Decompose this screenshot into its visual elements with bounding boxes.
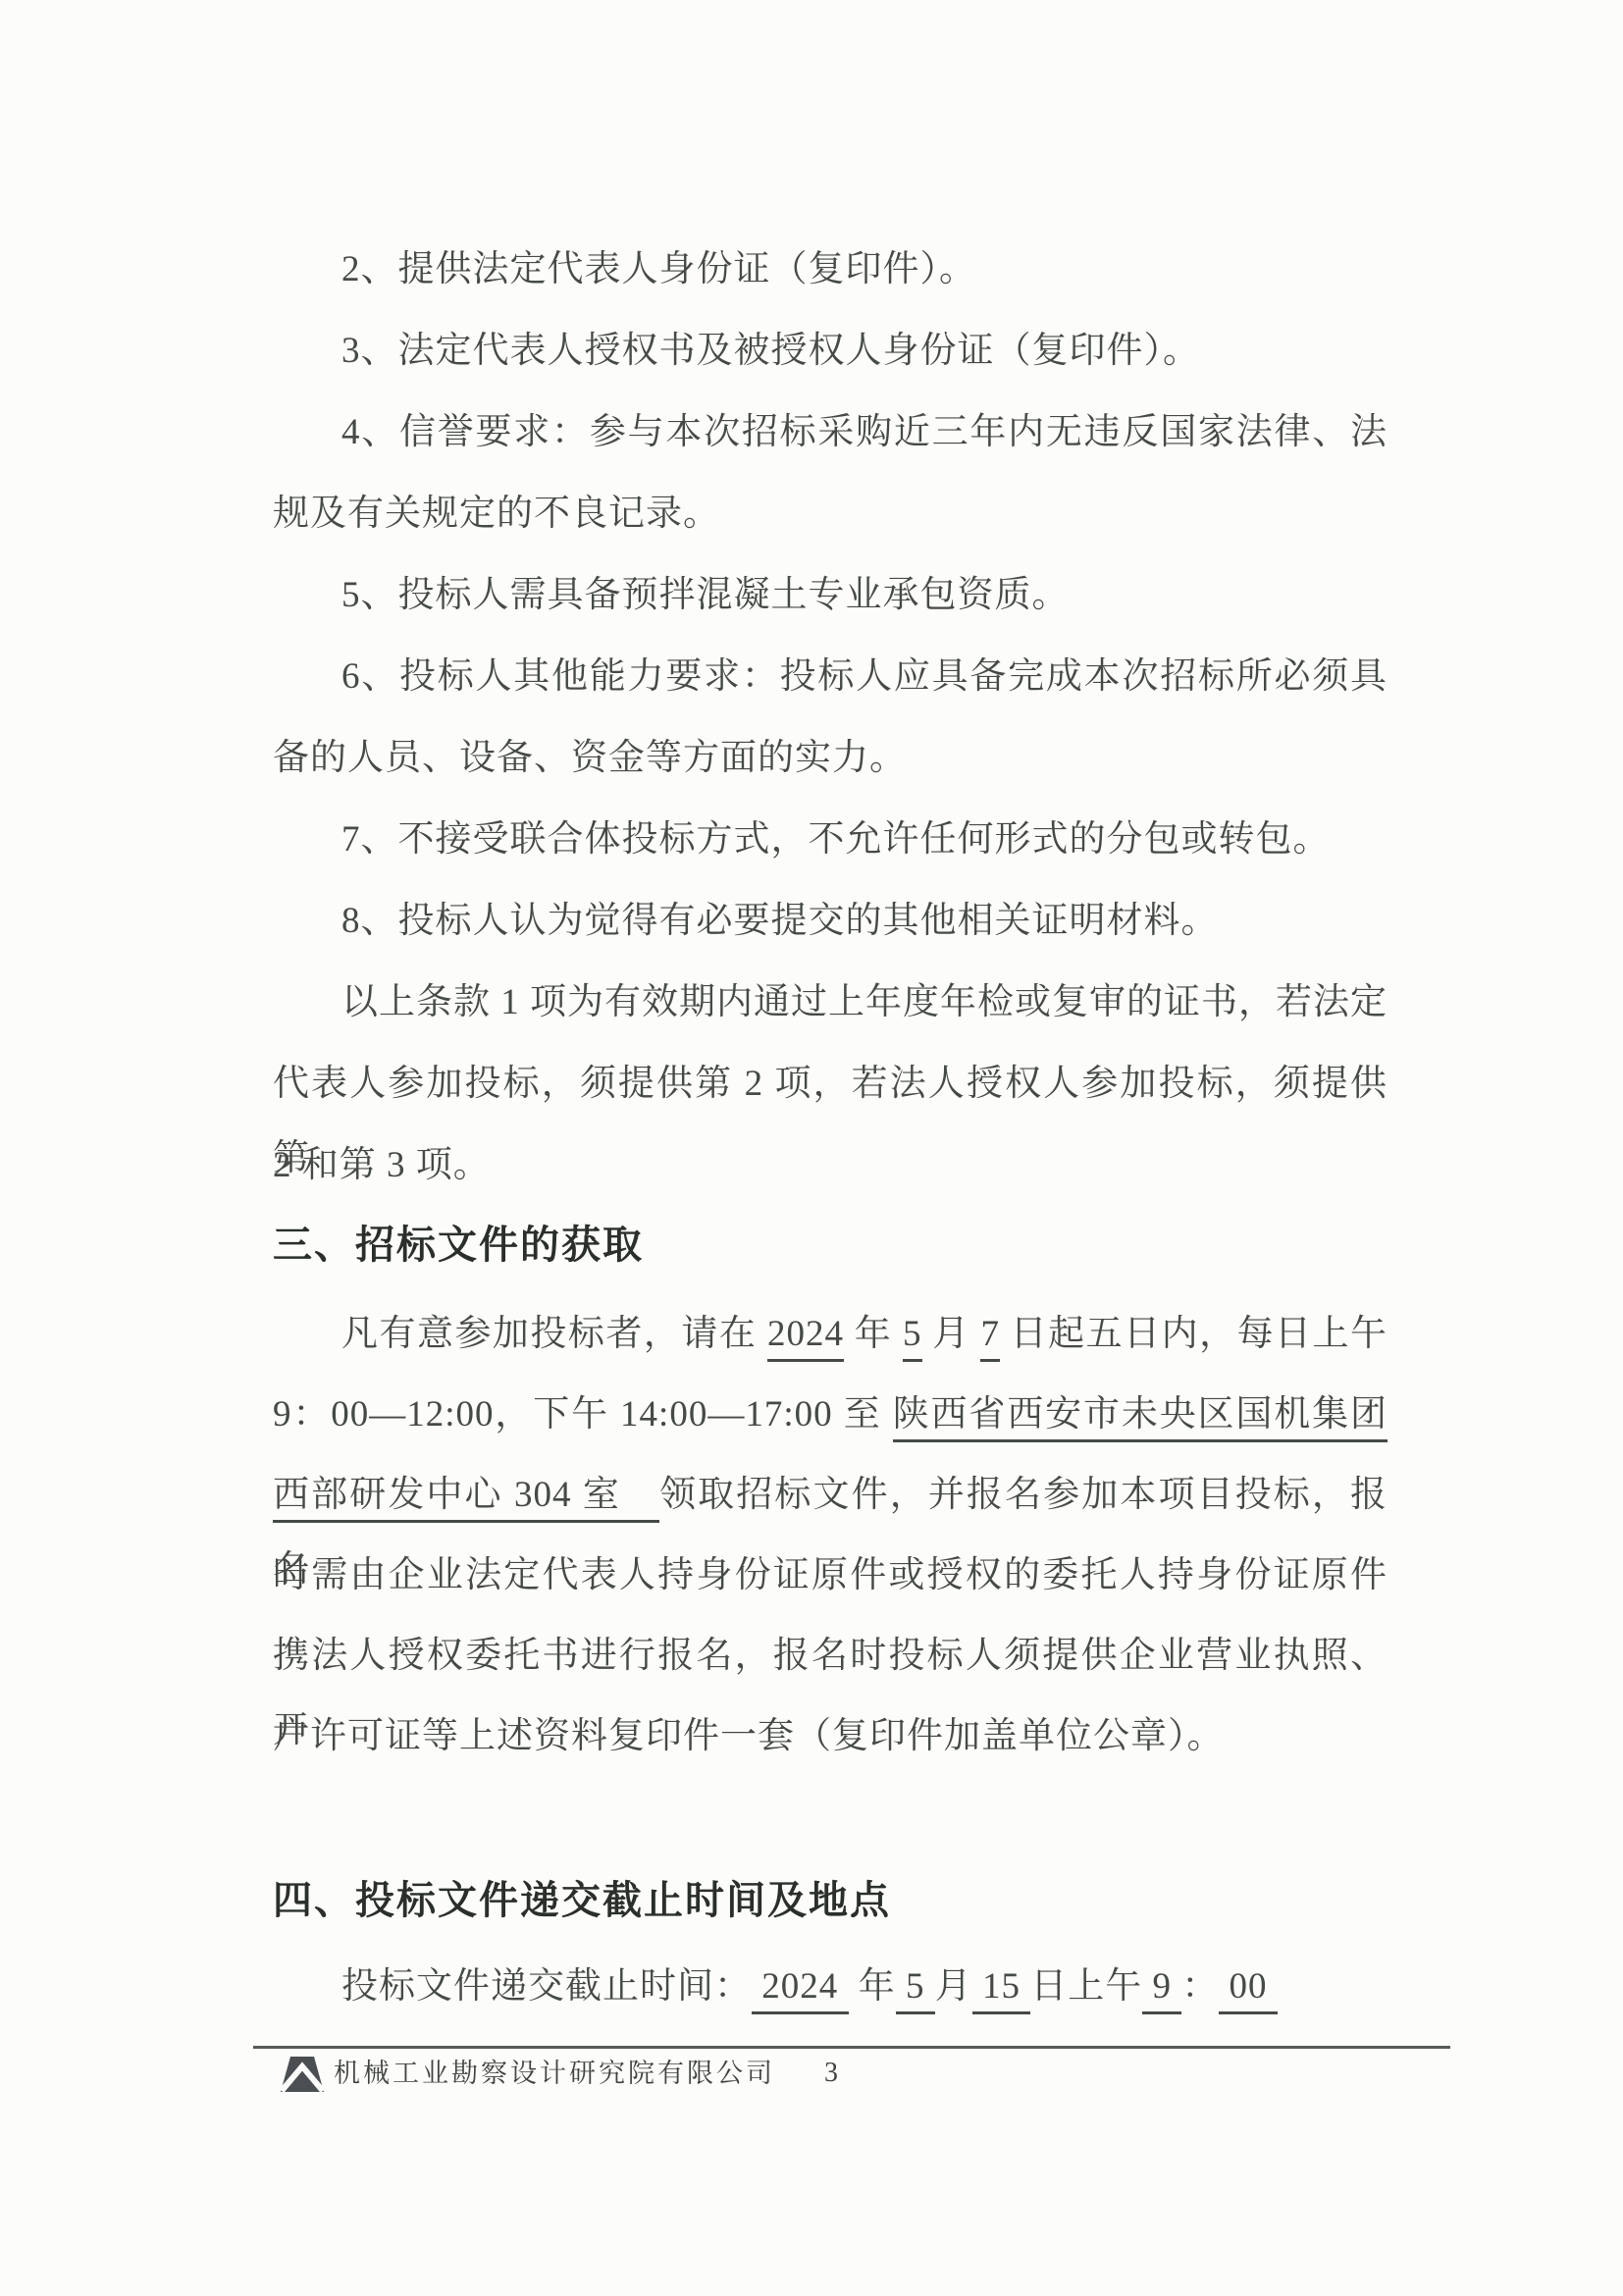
text-segment: 9：00—12:00，下午 14:00—17:00 至 — [273, 1394, 893, 1435]
footer-company-name: 机械工业勘察设计研究院有限公司 — [334, 2054, 775, 2093]
text-line: 以上条款 1 项为有效期内通过上年度年检或复审的证书，若法定 — [273, 965, 1387, 1040]
text-segment: 四、投标文件递交截止时间及地点 — [273, 1878, 891, 1922]
underlined-text: 陕西省西安市未央区国机集团 — [893, 1394, 1387, 1442]
text-segment: 规及有关规定的不良记录。 — [273, 494, 720, 534]
mountain-logo-icon — [281, 2055, 324, 2094]
text-segment: 3、法定代表人授权书及被授权人身份证（复印件）。 — [341, 331, 1200, 371]
text-segment: 年 — [844, 1314, 903, 1354]
text-line: 西部研发中心 304 室 领取招标文件，并报名参加本项目投标，报名 — [273, 1458, 1387, 1533]
text-segment: 时需由企业法定代表人持身份证原件或授权的委托人持身份证原件 — [273, 1555, 1387, 1595]
text-segment: 月 — [922, 1314, 981, 1354]
underlined-text: 5 — [896, 1966, 935, 2014]
text-segment: 月 — [935, 1966, 972, 2007]
text-line: 投标文件递交截止时间： 2024 年 5 月 15 日上午 9 ： 00 — [273, 1950, 1387, 2024]
text-segment: 备的人员、设备、资金等方面的实力。 — [273, 738, 907, 778]
text-segment: 投标文件递交截止时间： — [341, 1966, 752, 2007]
text-segment: 2 和第 3 项。 — [273, 1145, 491, 1185]
text-line: 携法人授权委托书进行报名，报名时投标人须提供企业营业执照、开 — [273, 1619, 1387, 1694]
underlined-text: 00 — [1219, 1966, 1278, 2014]
text-line: 2、提供法定代表人身份证（复印件）。 — [273, 233, 1387, 307]
section-heading: 三、招标文件的获取 — [273, 1208, 1387, 1282]
page-number: 3 — [824, 2054, 838, 2093]
text-line: 9：00—12:00，下午 14:00—17:00 至 陕西省西安市未央区国机集… — [273, 1378, 1387, 1452]
text-line: 4、信誉要求：参与本次招标采购近三年内无违反国家法律、法 — [273, 395, 1387, 470]
text-segment: 7、不接受联合体投标方式，不允许任何形式的分包或转包。 — [341, 819, 1331, 860]
text-line: 时需由企业法定代表人持身份证原件或授权的委托人持身份证原件 — [273, 1539, 1387, 1613]
text-segment: ： — [1181, 1966, 1219, 2007]
underlined-text: 2024 — [767, 1314, 844, 1362]
section-heading: 四、投标文件递交截止时间及地点 — [273, 1863, 1387, 1938]
text-line: 备的人员、设备、资金等方面的实力。 — [273, 721, 1387, 796]
text-line: 8、投标人认为觉得有必要提交的其他相关证明材料。 — [273, 884, 1387, 959]
text-segment: 日上午 — [1030, 1966, 1142, 2007]
text-line: 2 和第 3 项。 — [273, 1128, 1387, 1203]
text-line: 代表人参加投标，须提供第 2 项，若法人授权人参加投标，须提供第 — [273, 1047, 1387, 1122]
text-line: 3、法定代表人授权书及被授权人身份证（复印件）。 — [273, 314, 1387, 389]
text-segment: 户许可证等上述资料复印件一套（复印件加盖单位公章）。 — [273, 1716, 1225, 1756]
underlined-text: 西部研发中心 304 室 — [273, 1475, 659, 1523]
text-segment: 凡有意参加投标者，请在 — [341, 1314, 767, 1354]
text-segment: 6、投标人其他能力要求：投标人应具备完成本次招标所必须具 — [341, 656, 1387, 697]
text-line: 户许可证等上述资料复印件一套（复印件加盖单位公章）。 — [273, 1699, 1387, 1774]
footer-divider — [253, 2046, 1450, 2049]
text-segment: 4、信誉要求：参与本次招标采购近三年内无违反国家法律、法 — [341, 412, 1387, 452]
underlined-text: 9 — [1142, 1966, 1181, 2014]
underlined-text: 15 — [972, 1966, 1031, 2014]
underlined-text: 7 — [980, 1314, 1000, 1362]
text-line: 凡有意参加投标者，请在 2024 年 5 月 7 日起五日内，每日上午 — [273, 1297, 1387, 1372]
text-segment: 三、招标文件的获取 — [273, 1223, 644, 1267]
text-line: 6、投标人其他能力要求：投标人应具备完成本次招标所必须具 — [273, 640, 1387, 714]
text-segment: 2、提供法定代表人身份证（复印件）。 — [341, 249, 976, 289]
text-segment: 5、投标人需具备预拌混凝土专业承包资质。 — [341, 575, 1070, 615]
text-line: 规及有关规定的不良记录。 — [273, 477, 1387, 551]
text-line: 7、不接受联合体投标方式，不允许任何形式的分包或转包。 — [273, 803, 1387, 877]
text-segment: 8、投标人认为觉得有必要提交的其他相关证明材料。 — [341, 901, 1219, 941]
text-line: 5、投标人需具备预拌混凝土专业承包资质。 — [273, 558, 1387, 633]
underlined-text: 2024 — [752, 1966, 849, 2014]
text-segment: 日起五日内，每日上午 — [1000, 1314, 1387, 1354]
document-page: 2、提供法定代表人身份证（复印件）。3、法定代表人授权书及被授权人身份证（复印件… — [0, 0, 1623, 2296]
underlined-text: 5 — [903, 1314, 922, 1362]
text-segment: 年 — [849, 1966, 896, 2007]
text-segment: 以上条款 1 项为有效期内通过上年度年检或复审的证书，若法定 — [341, 982, 1387, 1022]
